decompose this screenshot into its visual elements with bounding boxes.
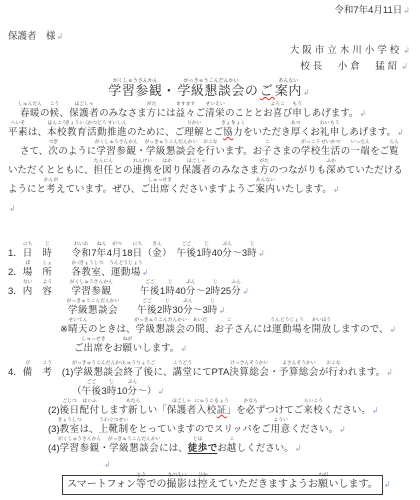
purpose-line-3: ようにと考かんがえています。ぜひ、ご出席しゅっせきくださいますようご案内あんない… — [8, 177, 410, 196]
text-run: (4) — [48, 443, 60, 454]
ruby-text: 協きょう — [223, 127, 233, 139]
text-run: をいただき — [243, 127, 291, 138]
ruby-text: 撮影さつえい — [167, 479, 188, 490]
furigana: かいほう — [312, 319, 331, 324]
text-run: 大阪市立木川小学校 — [290, 45, 403, 56]
furigana: ごご — [145, 281, 155, 286]
paragraph-mark: ↲ — [303, 88, 310, 97]
furigana: あんない — [256, 179, 275, 184]
text-run: 2． — [8, 267, 23, 278]
text-run: 4． — [8, 367, 23, 378]
text-run — [52, 286, 71, 297]
text-run: ） — [162, 248, 176, 259]
ruby-text: 生活せいかつ — [321, 146, 341, 158]
ruby-text: 午後ごご — [176, 248, 196, 260]
ruby-text: 等とう — [136, 479, 147, 490]
furigana: りょく — [231, 122, 245, 127]
furigana: がっきゅうこんだんかい — [134, 319, 187, 324]
ruby-text: 月がつ — [112, 248, 122, 260]
ruby-text: 一端いったん — [350, 146, 370, 158]
text-run: (2) — [48, 405, 60, 416]
paragraph-mark: ↲ — [401, 62, 408, 71]
text-run: くお — [301, 127, 320, 138]
text-run: しあげます。 — [302, 108, 358, 119]
ruby-text: 越こ — [227, 443, 237, 455]
addressee-line: 保護者 様↲ — [8, 28, 410, 42]
ruby-text: 時じ — [42, 248, 52, 260]
paragraph-mark: ↲ — [359, 109, 366, 118]
furigana: こうどう — [173, 362, 192, 367]
document-title-line: 学習参観がくしゅうさんかん・学級懇談会がっきゅうこんだんかいのご案内あんない↲ — [8, 76, 410, 99]
furigana: にち — [133, 243, 143, 248]
schedule-place: 2．場ば 所しょ 各かく教室きょうしつ、運動場うんどうじょう↲ — [8, 260, 410, 279]
text-run: くださいますようご — [170, 184, 256, 195]
furigana: がっきゅうこんだんかい — [67, 300, 120, 305]
furigana: つぎ — [49, 141, 59, 146]
issue-date-line: 令和7年4月11日↲ — [8, 2, 410, 16]
text-run — [52, 248, 71, 259]
ruby-text: 時じ — [162, 305, 172, 317]
furigana: ぷん — [128, 381, 138, 386]
furigana: せいえい — [206, 103, 225, 108]
furigana: ば — [25, 262, 30, 267]
ruby-text: 決算総会けっさんそうかい — [229, 367, 269, 379]
furigana: もう — [330, 122, 340, 127]
furigana: がた — [147, 103, 157, 108]
furigana: ますます — [176, 103, 195, 108]
furigana: こ — [229, 438, 234, 443]
text-run: しあげます。 — [340, 127, 396, 138]
text-run: 3． — [8, 286, 23, 297]
furigana: ほごしゃ — [74, 103, 93, 108]
text-run — [33, 267, 43, 278]
ruby-text: 担任たんにん — [94, 165, 114, 177]
ruby-text: 入校にゅうこう — [197, 405, 217, 417]
ruby-text: 方がた — [147, 108, 157, 120]
ruby-text: 時じ — [208, 305, 218, 317]
furigana: がくしゅうさんかん — [113, 79, 158, 84]
text-run: のように — [58, 146, 96, 157]
notes-item-3: (3)教室きょうしつは、上靴制うわぐつせいをとっていますのでスリッパをご用意よう… — [8, 417, 410, 436]
furigana: ぷん — [183, 300, 193, 305]
furigana: よろこ — [270, 103, 284, 108]
ruby-text: 時じ — [202, 248, 212, 260]
text-run: (1) — [62, 367, 74, 378]
paragraph-mark: ↲ — [142, 268, 149, 277]
text-run: ようにと — [8, 184, 46, 195]
notes-item-1: 4．備び 考こう (1)学級懇談会がっきゅうこんだんかい終了後しゅうりょうごに、… — [8, 360, 410, 379]
ruby-text: 次つぎ — [48, 146, 58, 158]
text-run: われます。 — [338, 367, 385, 378]
text-run: しますので、 — [332, 324, 389, 335]
principal-line: 校長 小倉 猛紹↲ — [8, 58, 410, 72]
text-run: の — [186, 324, 196, 335]
furigana: び — [25, 362, 30, 367]
empty-line: ↲ — [8, 455, 410, 465]
text-run: いします。 — [133, 343, 180, 354]
notice-box: スマートフォン等とうでの撮影さつえいは控ひかえていただきますようお願ねがいします… — [62, 475, 383, 495]
text-run: 」を — [227, 405, 246, 416]
furigana: れい — [320, 122, 330, 127]
text-run: しください。 — [237, 443, 294, 454]
furigana: かなら — [244, 400, 258, 405]
ruby-text: 時じ — [211, 286, 221, 298]
furigana: さつえい — [167, 474, 186, 479]
ruby-text: 学級懇談会がっきゅうこんだんかい — [73, 367, 123, 379]
ruby-text: 図はか — [162, 165, 172, 177]
paragraph-mark: ↲ — [295, 444, 302, 453]
ruby-text: 出席しゅっせき — [150, 184, 170, 196]
paragraph-mark: ↲ — [57, 32, 64, 41]
ruby-text: 令和れいわ — [71, 248, 91, 260]
furigana: きょうしつ — [79, 262, 103, 267]
furigana: あいだ — [193, 319, 207, 324]
text-run: 1． — [8, 248, 23, 259]
text-run: えていただきますようお — [208, 479, 318, 490]
empty-line: ↲ — [8, 196, 410, 215]
text-run: 40 — [212, 248, 223, 259]
paragraph-mark: ↲ — [386, 368, 393, 377]
furigana: あつ — [291, 122, 301, 127]
ruby-text: 分ぷん — [186, 286, 196, 298]
text-run: ～） — [137, 386, 156, 397]
ruby-text: 礼れい — [320, 127, 330, 139]
ruby-text: 予算総会よさんそうかい — [279, 367, 319, 379]
furigana: きん — [152, 243, 162, 248]
furigana: しゅうりょうご — [122, 362, 156, 367]
text-run: ください。 — [323, 405, 371, 416]
furigana: じ — [109, 381, 114, 386]
ruby-text: 時じ — [107, 386, 117, 398]
ruby-text: 来校らいこう — [303, 405, 323, 417]
text-run: さんには — [234, 324, 272, 335]
ruby-text: 覧らん — [389, 146, 399, 158]
text-run: （ — [143, 248, 153, 259]
ruby-text: 申もう — [292, 108, 302, 120]
furigana: れいわ — [74, 243, 88, 248]
paragraph-mark: ↲ — [180, 344, 187, 353]
ruby-text: 日にち — [23, 248, 33, 260]
ruby-text: 子こ — [262, 146, 272, 158]
ruby-text: 間あいだ — [195, 324, 205, 336]
text-run: いただくとともに、 — [8, 165, 94, 176]
ruby-text: 運動場うんどうじょう — [272, 324, 302, 336]
furigana: はか — [162, 160, 172, 165]
text-run: 30 — [172, 305, 183, 316]
text-run: 、 — [60, 108, 70, 119]
furigana: にち — [23, 243, 33, 248]
furigana: せいてん — [68, 319, 87, 324]
text-run: 校長 小倉 猛紹 — [300, 61, 400, 72]
ruby-text: 学級懇談会がっきゅうこんだんかい — [68, 305, 118, 317]
furigana: こう — [50, 103, 60, 108]
text-run: ～3 — [193, 305, 208, 316]
text-run: ご — [260, 83, 275, 98]
furigana: がっきゅうこんだんかい — [144, 141, 197, 146]
ruby-text: 願ねが — [123, 343, 133, 355]
furigana: とほ — [193, 438, 203, 443]
text-run: には — [157, 108, 176, 119]
text-run: ご — [74, 343, 84, 354]
text-run: での — [147, 479, 167, 490]
ruby-text: 案内あんない — [255, 184, 275, 196]
ruby-text: 願ねが — [318, 479, 329, 490]
furigana: とう — [136, 474, 146, 479]
ruby-text: 開放かいほう — [312, 324, 332, 336]
text-run: ・ — [100, 443, 110, 454]
ruby-text: 学級懇談会がっきゅうこんだんかい — [146, 146, 196, 158]
furigana: ほんこう — [47, 122, 66, 127]
text-run: ください。 — [291, 424, 339, 435]
ruby-text: 厚あつ — [291, 127, 301, 139]
ruby-text: 分ぷん — [183, 305, 193, 317]
ruby-text: 所しょ — [42, 267, 52, 279]
letter-document: 令和7年4月11日↲保護者 様↲大阪市立木川小学校↲校長 小倉 猛紹↲ 学習参観… — [0, 0, 420, 495]
ruby-text: 必かなら — [246, 405, 256, 417]
furigana: おこな — [203, 141, 217, 146]
text-run: ～3 — [232, 248, 247, 259]
text-run: (3) — [48, 424, 60, 435]
ruby-text: 学習参観がくしゅうさんかん — [108, 85, 162, 97]
letter-title: 学習参観がくしゅうさんかん・学級懇談会がっきゅうこんだんかいのご案内あんない↲ — [8, 76, 410, 99]
ruby-text: 学級懇談会がっきゅうこんだんかい — [136, 324, 186, 336]
furigana: りかい — [187, 122, 201, 127]
text-run: 10 — [117, 386, 128, 397]
furigana: はいふ — [82, 400, 96, 405]
text-run: えています。ぜひ、ご — [56, 184, 150, 195]
ruby-text: 保護者ほごしゃ — [182, 165, 212, 177]
text-run: のために、ご — [127, 127, 184, 138]
text-run: が — [319, 367, 329, 378]
text-run: をお — [104, 343, 123, 354]
ruby-text: 午後ごご — [137, 305, 157, 317]
ruby-text: 容よう — [42, 286, 52, 298]
furigana: しゅっせき — [82, 338, 106, 343]
ruby-text: 金きん — [152, 248, 162, 260]
ruby-text: 分ぷん — [222, 248, 232, 260]
furigana: じ — [210, 300, 215, 305]
paragraph-mark: ↲ — [219, 306, 226, 315]
ruby-text: 理解りかい — [184, 127, 204, 139]
furigana: ぷん — [186, 281, 196, 286]
ruby-text: 講堂こうどう — [173, 367, 193, 379]
furigana: ほごしゃ — [172, 400, 191, 405]
ruby-text: 徒歩とほ — [188, 443, 208, 455]
ruby-text: 後日ごじつ — [60, 405, 80, 417]
furigana: いったん — [351, 141, 370, 146]
notes-list: 4．備び 考こう (1)学級懇談会がっきゅうこんだんかい終了後しゅうりょうごに、… — [8, 360, 410, 465]
ruby-text: 終了後しゅうりょうご — [124, 367, 154, 379]
furigana: あたら — [126, 400, 140, 405]
furigana: がっきゅうこんだんかい — [108, 438, 161, 443]
furigana: がた — [259, 160, 269, 165]
furigana: ごご — [182, 243, 192, 248]
furigana: ぷん — [222, 243, 232, 248]
text-run: び — [283, 108, 293, 119]
text-run: ・ — [136, 146, 146, 157]
notes-item-4: (4)学習参観がくしゅうさんかん・学級懇談会がっきゅうこんだんかいには、徒歩とほ… — [8, 436, 410, 455]
ruby-text: 年ねん — [97, 248, 107, 260]
ruby-text: 深ふか — [326, 165, 336, 177]
furigana: あんない — [278, 79, 298, 84]
furigana: よう — [43, 281, 53, 286]
ruby-text: 日にち — [133, 248, 143, 260]
text-run: います。お — [215, 146, 262, 157]
school-name-line: 大阪市立木川小学校↲ — [8, 42, 410, 56]
text-run: の — [341, 146, 351, 157]
ruby-text: 保護者ほごしゃ — [69, 108, 99, 120]
ruby-text: 候こう — [50, 108, 60, 120]
ruby-text: 保護者ほごしゃ — [167, 405, 197, 417]
furigana: けっさんそうかい — [230, 362, 268, 367]
schedule-content-1: 3．内ない 容よう 学習参観がくしゅうさんかん 午後ごご1時じ40分ぷん～2時じ… — [8, 279, 410, 298]
text-run: スマートフォン — [67, 479, 136, 490]
text-run: のときは、 — [88, 324, 136, 335]
paragraph-mark: ↲ — [333, 185, 340, 194]
furigana: よさんそうかい — [282, 362, 316, 367]
ruby-text: 活動かつどう — [87, 127, 107, 139]
furigana: へいそ — [11, 122, 25, 127]
furigana: もう — [292, 103, 302, 108]
paragraph-mark: ↲ — [339, 425, 346, 434]
ruby-text: 益々ますます — [176, 108, 196, 120]
furigana: じ — [250, 243, 255, 248]
ruby-text: 備び — [23, 367, 33, 379]
furigana: じ — [165, 300, 170, 305]
furigana: せいかつ — [321, 141, 340, 146]
ruby-text: 分ふん — [231, 286, 241, 298]
paragraph-mark: ↲ — [384, 480, 391, 489]
ruby-text: 学習参観がくしゅうさんかん — [96, 146, 136, 158]
furigana: がくしゅうさんかん — [58, 438, 101, 443]
ruby-text: 連携れんけい — [133, 165, 153, 177]
furigana: らいこう — [304, 400, 323, 405]
text-run: ※ — [60, 324, 68, 335]
furigana: しょう — [215, 400, 229, 405]
paragraph-mark: ↲ — [403, 6, 410, 15]
schedule-datetime: 1．日にち 時じ 令和れいわ7年ねん4月がつ18日にち（金きん） 午後ごご1時じ… — [8, 241, 410, 260]
ruby-text: 学校がっこう — [301, 146, 321, 158]
furigana: ひか — [198, 474, 208, 479]
text-run — [52, 267, 71, 278]
furigana: こ — [265, 141, 270, 146]
ruby-text: 本校ほんこう — [47, 127, 67, 139]
furigana: じ — [45, 243, 50, 248]
text-run — [33, 248, 43, 259]
ruby-text: 上靴制うわぐつせい — [99, 424, 129, 436]
furigana: たんにん — [94, 160, 113, 165]
ruby-text: 教育きょういく — [67, 127, 87, 139]
text-run: 令和7年4月11日 — [334, 5, 402, 16]
schedule-note-1: ※晴天せいてんのときは、学級懇談会がっきゅうこんだんかいの間あいだ、お子こさんに… — [8, 317, 410, 336]
purpose-line-1: さて、次つぎのように学習参観がくしゅうさんかん・学級懇談会がっきゅうこんだんかい… — [8, 139, 410, 158]
ruby-text: 午後ごご — [140, 286, 160, 298]
ruby-text: 配付はいふ — [80, 405, 100, 417]
ruby-text: 分ぷん — [127, 386, 137, 398]
text-run: を — [196, 146, 206, 157]
text-run: のみなさま — [99, 108, 147, 119]
text-run: は、 — [80, 424, 99, 435]
ruby-text: 証しょう — [217, 405, 227, 417]
ruby-text: 用意ようい — [271, 424, 291, 436]
paragraph-mark: ↲ — [242, 287, 249, 296]
notes-item-1-time: （午後ごご3時じ10分ぷん～）↲ — [8, 379, 410, 398]
furigana: じ — [204, 243, 209, 248]
text-run: に、 — [154, 367, 173, 378]
text-run: をご — [370, 146, 389, 157]
ruby-text: 行おこな — [205, 146, 215, 158]
text-run: 40 — [175, 286, 186, 297]
paragraph-mark: ↲ — [389, 325, 396, 334]
schedule-content-2: 学級懇談会がっきゅうこんだんかい 午後ごご2時じ30分ぷん～3時じ↲ — [8, 298, 410, 317]
furigana: じ — [168, 281, 173, 286]
text-run: 25 — [221, 286, 232, 297]
ruby-text: 時じ — [247, 248, 257, 260]
furigana: しゅんだん — [18, 103, 42, 108]
letter-header: 令和7年4月11日↲保護者 様↲大阪市立木川小学校↲校長 小倉 猛紹↲ — [8, 2, 410, 72]
furigana: おこな — [326, 362, 340, 367]
greeting-line: 春暖しゅんだんの候こう、保護者ほごしゃのみなさま方がたには益々ますますご清栄せい… — [8, 101, 410, 120]
ruby-text: 学級懇談会がっきゅうこんだんかい — [109, 443, 159, 455]
furigana: がくしゅうさんかん — [95, 141, 138, 146]
furigana: すいしん — [107, 122, 126, 127]
text-run: （ — [72, 386, 82, 397]
text-run: お — [217, 443, 227, 454]
ruby-text: 喜よろこ — [273, 108, 283, 120]
text-run: 18 — [122, 248, 133, 259]
ruby-text: 春暖しゅんだん — [20, 108, 40, 120]
text-run: にてPTA — [193, 367, 230, 378]
text-run: は、 — [28, 127, 47, 138]
furigana: きょうしつ — [58, 419, 82, 424]
ruby-text: 平素へいそ — [8, 127, 28, 139]
text-run — [33, 367, 43, 378]
furigana: ふか — [326, 160, 336, 165]
furigana: うんどうじょう — [109, 262, 143, 267]
furigana: こう — [43, 362, 53, 367]
ruby-text: 考かんが — [46, 184, 56, 196]
furigana: ない — [23, 281, 33, 286]
ruby-text: 午後ごご — [82, 386, 102, 398]
text-run: ・ — [269, 367, 279, 378]
furigana: しゅっせき — [148, 179, 172, 184]
text-run: の — [245, 83, 260, 98]
ruby-text: 出席しゅっせき — [84, 343, 104, 355]
paragraph-mark: ↲ — [403, 46, 410, 55]
text-run: のみなさま — [212, 165, 260, 176]
ruby-text: 教室きょうしつ — [60, 424, 80, 436]
furigana: ごじつ — [62, 400, 76, 405]
text-run: します — [100, 405, 129, 416]
text-run: のこととお — [225, 108, 273, 119]
furigana: ごご — [142, 300, 152, 305]
furigana: こ — [227, 319, 232, 324]
furigana: きょういく — [65, 122, 89, 127]
text-run: 、お — [205, 324, 224, 335]
furigana: がっきゅうこんだんかい — [72, 362, 125, 367]
paragraph-mark: ↲ — [157, 387, 164, 396]
text-run — [111, 286, 140, 297]
text-run: 、 — [101, 267, 111, 278]
ruby-text: 時じ — [165, 286, 175, 298]
furigana: ねが — [318, 474, 328, 479]
thanks-line: 平素へいそは、本校ほんこう教育きょういく活動かつどう推進すいしんのために、ご理解… — [8, 120, 410, 139]
letter-body: 春暖しゅんだんの候こう、保護者ほごしゃのみなさま方がたには益々ますますご清栄せい… — [8, 101, 410, 215]
ruby-text: 子こ — [224, 324, 234, 336]
text-run: とご — [204, 127, 223, 138]
text-run: さまの — [272, 146, 301, 157]
ruby-text: 場ば — [23, 267, 33, 279]
